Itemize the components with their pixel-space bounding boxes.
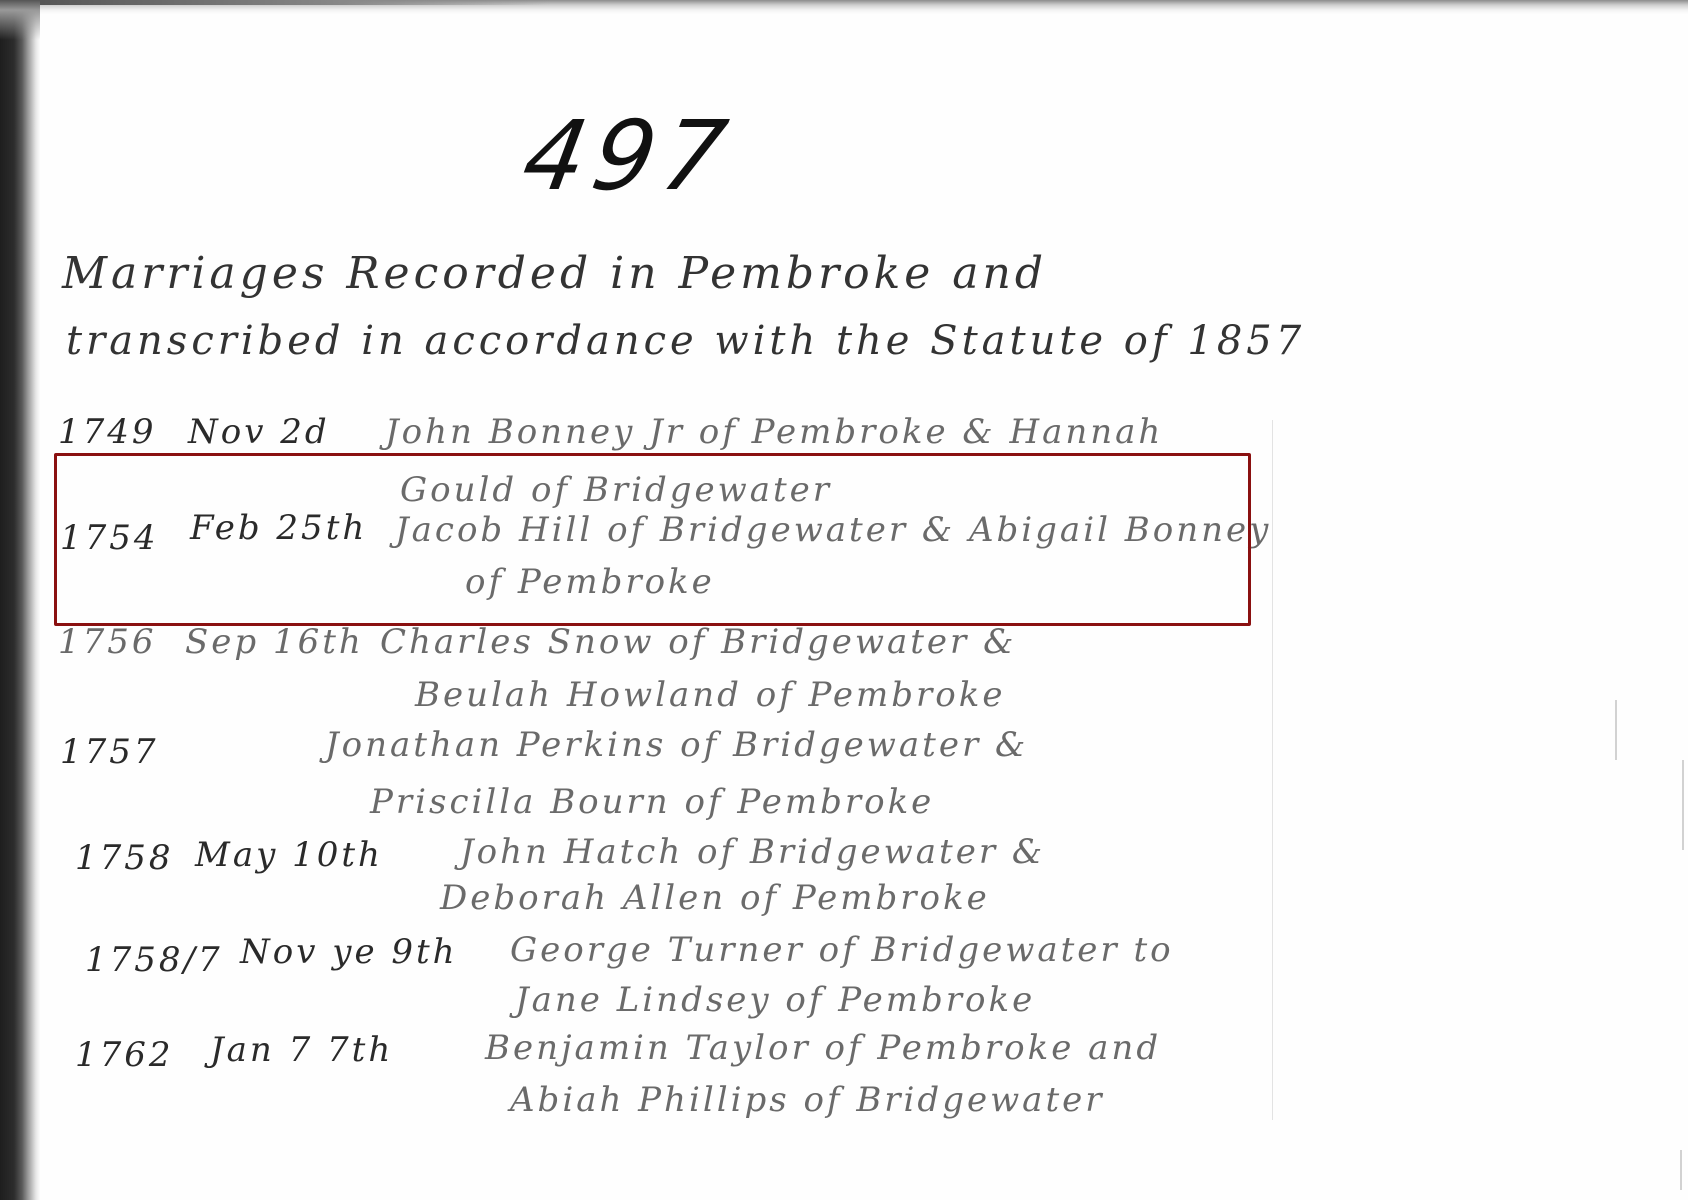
- entry-line-1: Charles Snow of Bridgewater &: [380, 622, 1016, 662]
- entry-line-1: Benjamin Taylor of Pembroke and: [485, 1028, 1161, 1068]
- entry-line-2: Priscilla Bourn of Pembroke: [370, 782, 934, 822]
- entry-date: Jan 7 7th: [210, 1030, 393, 1070]
- entry-date: Nov ye 9th: [240, 932, 458, 972]
- entry-year: 1754: [60, 518, 159, 558]
- entry-year: 1762: [75, 1035, 174, 1075]
- entry-line-1: Jonathan Perkins of Bridgewater &: [325, 725, 1028, 765]
- entry-date: Nov 2d: [188, 412, 330, 452]
- entry-year: 1756: [58, 622, 157, 662]
- entry-line-1: John Hatch of Bridgewater &: [460, 832, 1045, 872]
- page-top-shadow: [30, 0, 550, 5]
- entry-date: Feb 25th: [190, 508, 367, 548]
- entry-line-1: Jacob Hill of Bridgewater & Abigail Bonn…: [395, 510, 1271, 550]
- page-number: 497: [515, 100, 742, 212]
- entry-year: 1758: [75, 838, 174, 878]
- entry-date: Sep 16th: [185, 622, 364, 662]
- entry-date: May 10th: [195, 835, 383, 875]
- page-speck: [1680, 1150, 1682, 1190]
- book-binding-edge: [0, 0, 40, 1200]
- entry-year: 1757: [60, 732, 159, 772]
- page-speck: [1615, 700, 1617, 760]
- page-speck: [1682, 760, 1684, 850]
- margin-rule-line: [1272, 420, 1273, 1120]
- entry-line-2: Abiah Phillips of Bridgewater: [510, 1080, 1105, 1120]
- entry-line-2: Gould of Bridgewater: [400, 470, 832, 510]
- entry-line-2: Beulah Howland of Pembroke: [415, 675, 1005, 715]
- document-page: 497 Marriages Recorded in Pembroke and t…: [0, 0, 1688, 1200]
- entry-year: 1749: [58, 412, 157, 452]
- entry-line-2: of Pembroke: [465, 562, 715, 602]
- entry-line-1: George Turner of Bridgewater to: [510, 930, 1174, 970]
- entry-line-2: Deborah Allen of Pembroke: [440, 878, 990, 918]
- heading-line-1: Marriages Recorded in Pembroke and: [62, 248, 1047, 299]
- entry-line-2: Jane Lindsey of Pembroke: [515, 980, 1035, 1020]
- entry-year: 1758/7: [85, 940, 223, 980]
- entry-line-1: John Bonney Jr of Pembroke & Hannah: [385, 412, 1163, 452]
- heading-line-2: transcribed in accordance with the Statu…: [66, 318, 1305, 364]
